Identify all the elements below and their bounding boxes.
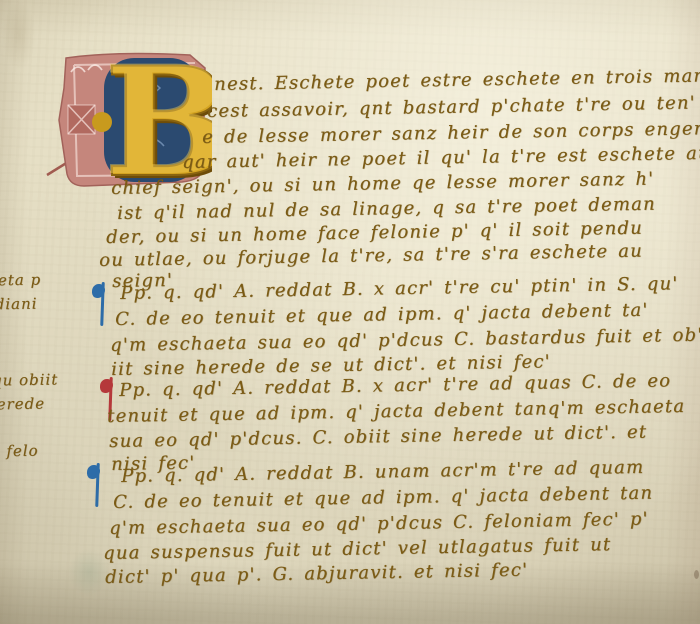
manuscript-page: B B B nest. Eschete poet estre eschete e… [0,0,700,624]
text-line: Pp. q. qd' A. reddat B. unam acr'm t're … [121,457,644,487]
text-line: q'm eschaeta sua eo qd' p'dcus C. bastar… [110,325,700,356]
text-line: C. de eo tenuit et que ad ipm. q' jacta … [113,483,653,513]
margin-note: aeta p [0,271,41,290]
text-line: sua eo qd' p'dcus. C. obiit sine herede … [109,422,647,452]
parchment-stain [68,548,110,596]
margin-note: sdiani [0,295,38,314]
text-line: Pp. q. qd' A. reddat B. x acr' t're cu' … [120,273,679,304]
text-line: qua suspensus fuit ut dict' vel utlagatu… [103,534,612,564]
margin-note: p felo [0,442,39,461]
pilcrow-icon [87,463,103,511]
parchment-speck [694,570,699,579]
margin-note: qu obiit [0,370,58,389]
parchment-stain [2,0,36,70]
text-line: C. de eo tenuit et que ad ipm. q' jacta … [115,300,649,330]
text-line: nest. Eschete poet estre eschete en troi… [214,65,700,95]
text-line: dict' p' qua p'. G. abjuravit. et nisi f… [105,560,528,588]
margin-note: herede [0,394,45,413]
pilcrow-icon [92,282,108,330]
text-line: cest assavoir, qnt bastard p'chate t're … [207,92,696,122]
